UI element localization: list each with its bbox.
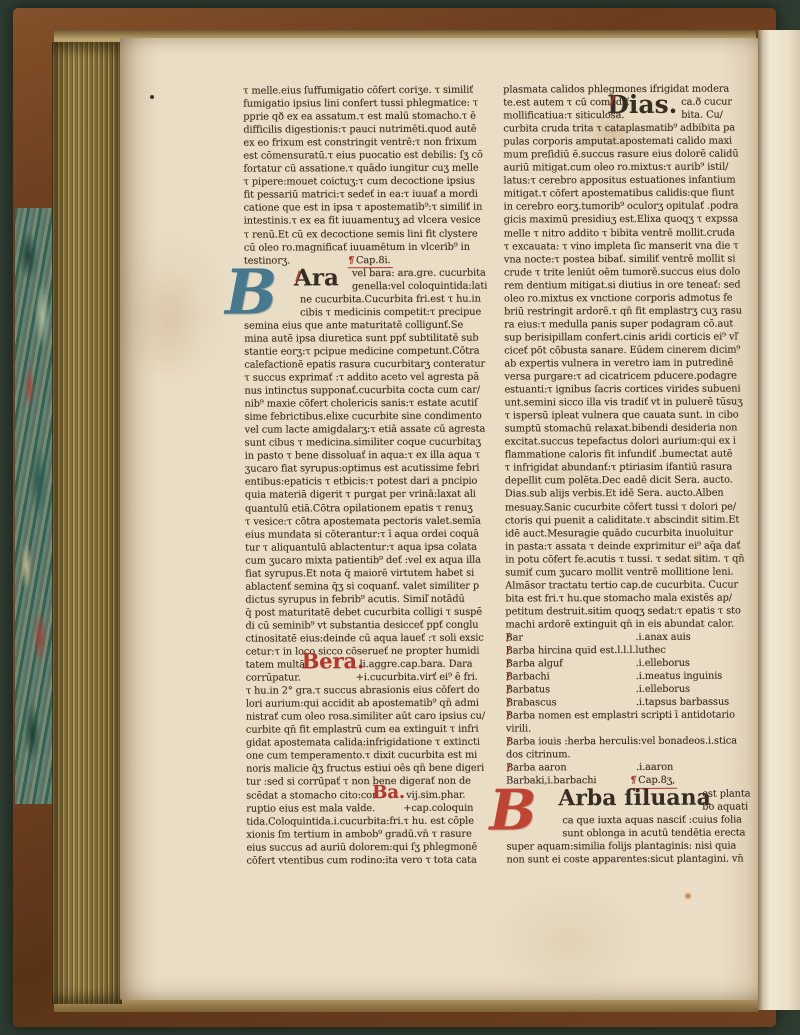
glossary-term: virili. [506,724,531,735]
text-line: ab expertis vulnera in veretro iam in pu… [504,356,750,370]
text-segment: scēdat a stomacho cito:cor [246,790,377,802]
text-line: pprie qð ex ea assatum.τ est malū stomac… [243,110,495,124]
text-line: τ succus exprimať :τ addito aceto vel ag… [244,371,496,385]
chapter-indented-lines: ca que iuxta aquas nasciť :cuius foliasu… [506,813,752,840]
text-line: sunt oblonga in acutū tendētia erecta [506,826,752,840]
photo-backdrop: τ melle.eius ſuffumigatio cōfert coriʒe.… [0,0,800,1035]
text-line: cetur:τ in loco sicco cōserueť ne propte… [246,645,498,659]
right-body-paragraph: curbita cruda trita τ cataplasmatib⁹ adb… [503,122,751,632]
text-line: one cum temperamento.τ dixit cucurbita e… [246,749,498,763]
text-line: quantulū etiā.Cōtra opilationem epatis τ… [245,501,497,515]
rubric-stroke: ∕ [507,709,511,723]
glossary-gloss: .i.elleborus [636,683,690,696]
text-line: ca que iuxta aquas nasciť :cuius folia [506,813,752,827]
text-line: ra eius:τ medulla panis super podagram c… [504,317,750,331]
text-line: curbite qn̄ fit emplastrū cum ea extingu… [246,723,498,737]
glossary-row: virili. [506,722,752,736]
chapter-display-word: Arba ſiluana [558,784,711,811]
text-line: bita est fri.τ hu.que stomacho mala exis… [505,591,751,605]
glossary-row: ∕ Barba iouis :herba herculis:vel bonade… [506,735,752,749]
text-segment: corrūpatur. [246,673,301,684]
glossary-row: ∕ Barbachi .i.meatus inguinis [506,670,752,684]
text-line: τ renū.Et cū ex decoctione semis lini fi… [244,227,496,241]
glossary-row: dos citrinum. [506,748,752,762]
text-line: gicis maximū presidiuʒ est.Elixa quoqʒ τ… [504,213,750,227]
chapter-number: Cap.8i. [356,255,391,266]
text-line: sime febrictibus.elixe cucurbite sine co… [245,410,497,424]
text-line: bita. Cu/ [681,109,732,122]
text-line: ne cucurbita.Cucurbita fri.est τ hu.in [244,292,496,306]
text-line: latus:τ cerebro appositus estuationes in… [504,174,750,188]
chapter-display-word: Ara [294,264,339,291]
text-line: scēdat a stomacho cito:cor Ba. vij.sim.p… [246,788,498,802]
chapter-81-heading-row: testinorʒ. ¶Cap.8i. [244,253,496,267]
text-line: cum ʒucaro mixta patientib⁹ deť :vel ex … [245,553,497,567]
dias-reference-block: te.est autem τ cū comediť mollificatiua:… [503,96,749,123]
text-line: vel cum lacte amigdalarʒ:τ etiā assate c… [245,423,497,437]
text-segment: +cap.coloquin [403,801,473,814]
text-line: eius succus ad auriū dolorem:qui ſʒ phle… [246,840,498,854]
text-line: entibus:epaticis τ etbicis:τ potest dari… [245,475,497,489]
text-line: gidat apostemata calida:infrigidatione τ… [246,736,498,750]
text-line: cōfert vtentibus cum rodino:ita vero τ t… [246,853,498,867]
text-line: ex eo frixum est constringit ventrē:τ no… [243,136,495,150]
text-line: bo aquati [702,800,750,813]
text-line: nistrať cum oleo rosa.similiter aūt caro… [246,710,498,724]
text-line: testinorʒ. [244,255,290,266]
glossary-row: ∕ Barba aaron .i.aaron [506,761,752,775]
chapter-body-3: tida.Coloquintida.i.cucurbita:fri.τ hu. … [246,814,498,867]
left-intro-paragraph: τ melle.eius ſuffumigatio cōfert coriʒe.… [243,84,496,255]
text-line: ruptio eius est mala valde. +cap.coloqui… [246,801,498,815]
glossary-row: ∕ Bar .i.anax auis [505,630,751,644]
text-line: Almāsor tractatu tertio cap.de cucurbita… [505,578,751,592]
text-line: genella:vel coloquintida:lati [352,279,487,293]
glossary-row: ∕ Barba hircina quid est.l.l.l.luthec [506,643,752,657]
text-line: τ pipere:mouet coictuʒ:τ cum decoctione … [244,175,496,189]
text-line: ctinositatē eius:deinde cū aqua laueť :τ… [246,632,498,646]
glossary-gloss: .i.aaron [636,761,673,774]
glossary-gloss: .i.tapsus barbassus [636,696,729,709]
text-line: in cerebro eorʒ.tumorib⁹ oculorʒ opitula… [504,200,750,214]
text-line: ca.ð cucur [681,96,732,109]
text-line: melle τ nitro addito τ bibita ventrē mol… [504,226,750,240]
rubric-stroke: ∕ [507,761,511,775]
text-line: ciceť pōt cōbusta sanare. Eūdem cinerem … [504,343,750,357]
glossary-term: Barba hircina quid est.l.l.l.luthec [506,645,666,657]
text-line: excitat.succus tepefactus dolori aurium:… [505,435,751,449]
text-line: tur τ aliquantulū ablactentur:τ aqua ips… [245,540,497,554]
text-line: di cū seminib⁹ vt substantia desicceť pp… [245,618,497,632]
text-line: tatem multā Bera. li.aggre.cap.bara. Dar… [246,658,498,672]
text-line: briū restringit ardorē.τ qn̄ fit emplast… [504,304,750,318]
barba-glossary-list: ∕ Bar .i.anax auis ∕ Barba hircina quid … [505,630,752,775]
glossary-term: Brabascus [506,698,557,709]
text-line: estuanti:τ ignibus ſacris cortices virid… [504,383,750,397]
text-line: cibis τ medicinis competit:τ precipue [244,305,496,319]
text-segment: +i.cucurbita.virť ei⁹ ē fri. [356,671,478,685]
text-line: oleo ro.mixtus ex vnctione corporis admo… [504,291,750,305]
text-line: mitigat.τ cōfert apostematibus calidis:q… [504,187,750,201]
text-segment: vij.sim.phar. [406,788,465,801]
left-text-column: τ melle.eius ſuffumigatio cōfert coriʒe.… [243,84,498,868]
text-line: nus intinctus supponať.cucurbita cocta c… [244,384,496,398]
text-line: flammatione caloris fit infundiť .bumect… [505,448,751,462]
glossary-row: ∕ Barba alguf .i.elleborus [506,657,752,671]
text-line: nib⁹ maxie cōfert cholericis sanis:τ est… [244,397,496,411]
text-line: calefactionē epatis rasura cucurbitarʒ c… [244,358,496,372]
text-line: dictus syrupus in febrib⁹ acutis. Simiľ … [245,592,497,606]
text-line: in potu cōfert fe.acutis τ tussi. τ seda… [505,552,751,566]
glossary-gloss: .i.meatus inguinis [636,670,723,683]
text-line: eius mundata si cōterantur:τ ī aqua orde… [245,527,497,541]
text-line: fiat syrupus.Et nota q̄ maiorē virtutem … [245,566,497,580]
text-line: τ hu.in 2° gra.τ succus abrasionis eius … [246,684,498,698]
text-line: est cōmensuratū.τ eius puocatio est debi… [243,149,495,163]
pilcrow-mark: ¶ [348,255,354,266]
text-line: sumiť cum ʒucaro mollit ventrē mollition… [505,565,751,579]
text-line: τ infrigidat abundanť:τ ptiriasim ifanti… [505,461,751,475]
glossary-gloss: .i.elleborus [636,657,690,670]
glossary-term: Barba iouis :herba herculis:vel bonadeos… [506,736,737,748]
text-line: mina autē ipsa diuretica sunt ppť subtil… [244,331,496,345]
glossary-term: Barba alguf [506,658,563,669]
chapter-indented-lines: ne cucurbita.Cucurbita fri.est τ hu.inci… [244,292,496,319]
text-line: vel bara: ara.gre. cucurbita [352,266,487,280]
chapter-body-2: τ hu.in 2° gra.τ succus abrasionis eius … [246,684,498,789]
text-line: τ vesice:τ cōtra apostemata pectoris val… [245,514,497,528]
rubric-word-ba: Ba. [372,786,405,799]
text-segment: ruptio eius est mala valde. [246,803,375,815]
text-line: ʒucaro fiat syrupus:optimus est acutissi… [245,462,497,476]
text-line: τ melle.eius ſuffumigatio cōfert coriʒe.… [243,84,495,98]
text-line: lori aurium:qui accidit ab apostematib⁹ … [246,697,498,711]
text-segment: tatem multā [246,659,305,670]
glossary-row: ∕ Brabascus .i.tapsus barbassus [506,696,752,710]
text-line: fortatur cū assatione.τ quādo iungitur c… [243,162,495,176]
dias-side-lines: ca.ð cucurbita. Cu/ [681,96,732,122]
text-line: xionis ſm tertium in ambob⁹ gradū.vn̄ τ … [246,827,498,841]
text-line: quia materiā digerit τ purgat per vrinā:… [245,488,497,502]
text-line: Dias.sub alijs verbis.Et idē Sera. aucto… [505,487,751,501]
text-line: tida.Coloquintida.i.cucurbita:fri.τ hu. … [246,814,498,828]
text-line: in pasto τ bene dissoluať in aqua:τ ex i… [245,449,497,463]
glossary-term: Barba aaron [506,763,566,774]
text-line: fumigatio ipsius lini confert tussi phle… [243,97,495,111]
text-line: fit pessariū matrici:τ sedeť in ea:τ iuu… [244,188,496,202]
text-line: mesuay.Sanic cucurbite cōfert tussi τ do… [505,500,751,514]
text-line: curbita cruda trita τ cataplasmatib⁹ adb… [503,122,749,136]
right-text-column: plasmata calidos phlegmones ifrigidat mo… [503,82,752,866]
text-line: τ excauata: τ vino impleta ſic manserit … [504,239,750,253]
bera-reference-block: tatem multā Bera. li.aggre.cap.bara. Dar… [246,658,498,685]
text-line: corrūpatur. +i.cucurbita.virť ei⁹ ē fri. [246,671,498,685]
glossary-term: Barbatus [506,685,550,696]
glossary-gloss: .i.anax auis [635,631,690,644]
text-line: crude τ trite leniūt oēm tumorē.succus e… [504,265,750,279]
text-line: rem dentium mitigat.si diutius in ore te… [504,278,750,292]
text-line: depellit cum polēta.Dec eadē dicit Sera.… [505,474,751,488]
chapter-body: super aquam:similia folijs plantaginis: … [506,839,752,866]
text-line: noris malicie q̄ʒ fructus estiui oēs qn̄… [246,762,498,776]
text-line: petitum destruit.sitim quoqʒ sedat:τ epa… [505,604,751,618]
text-segment: li.aggre.cap.bara. Dara [360,658,473,672]
glossary-term: Barba nomen est emplastri scripti ī anti… [506,710,735,722]
text-line: super aquam:similia folijs plantaginis: … [506,839,752,853]
ba-reference-block: scēdat a stomacho cito:cor Ba. vij.sim.p… [246,788,498,815]
text-line: τ ispersū ipleat vulnera que cauata sunt… [505,409,751,423]
display-word-dias: Dias. [607,90,677,119]
text-line: stantie eorʒ:τ pcipue medicine competunt… [244,345,496,359]
chapter-side-lines: vel bara: ara.gre. cucurbitagenella:vel … [352,266,487,293]
text-line: auriū mitigat.cum oleo ro.mixtus:τ aurib… [503,161,749,175]
text-line: sunt cibus τ medicina.similiter coque cu… [245,436,497,450]
text-line: in pasta:τ assata τ deinde exprimitur ei… [505,539,751,553]
text-line: ablactenť semina q̄ʒ si coquanť. valet s… [245,579,497,593]
printed-text-layer: τ melle.eius ſuffumigatio cōfert coriʒe.… [0,0,800,1035]
text-line: catione que est in ipsa τ apostematib⁹:τ… [244,201,496,215]
rubric-stroke: ∕ [507,735,511,749]
text-line: mum preſidiū ē.succus rasure eius dolorē… [503,148,749,162]
text-line: cū oleo ro.magnificať iuuamētum in vlcer… [244,240,496,254]
text-line: sumptū stomachū relaxat.bibendi desideri… [505,422,751,436]
text-line: pulas corporis amputat.apostemati calido… [503,135,749,149]
text-line: vna nocte:τ postea bibať. similiť ventrē… [504,252,750,266]
chapter-barba-siluana-head: B Arba ſiluana est plantabo aquati [506,787,752,814]
text-line: versa purgare:τ ad cicatricem pducere.po… [504,370,750,384]
text-line: idē auct.Mesuragie quādo cucurbita inuol… [505,526,751,540]
text-line: q̄ post maturitatē debet cucurbita colli… [245,605,497,619]
text-line: intestinis.τ ex ea fit iuuamentuʒ ad vlc… [244,214,496,228]
text-line: semina eius que ante maturitatē colligun… [244,318,496,332]
text-line: non sunt ei coste apparentes:sicut plant… [506,852,752,866]
glossary-term: Barbachi [506,671,550,682]
rubric-word-bera: Bera. [302,654,365,667]
text-line: sup berisipillam confert.cinis aridi cor… [504,330,750,344]
chapter-side-lines: est plantabo aquati [702,787,750,813]
text-line: machi ardorē extinguit qn̄ in eis abunda… [505,617,751,631]
text-line: ctoris qui puenit a caliditate.τ abscind… [505,513,751,527]
glossary-row: ∕ Barbatus .i.elleborus [506,683,752,697]
glossary-term: dos citrinum. [506,750,570,761]
text-line: est planta [702,787,750,800]
text-line: unt.semini sicco illa vis tradiť vt in p… [504,396,750,410]
chapter-body-1: semina eius que ante maturitatē colligun… [244,318,497,658]
glossary-row: ∕ Barba nomen est emplastri scripti ī an… [506,709,752,723]
chapter-bara-head: B Ara vel bara: ara.gre. cucurbitagenell… [244,266,496,293]
text-line: difficilis digestionis:τ pauci nutrimēti… [243,123,495,137]
